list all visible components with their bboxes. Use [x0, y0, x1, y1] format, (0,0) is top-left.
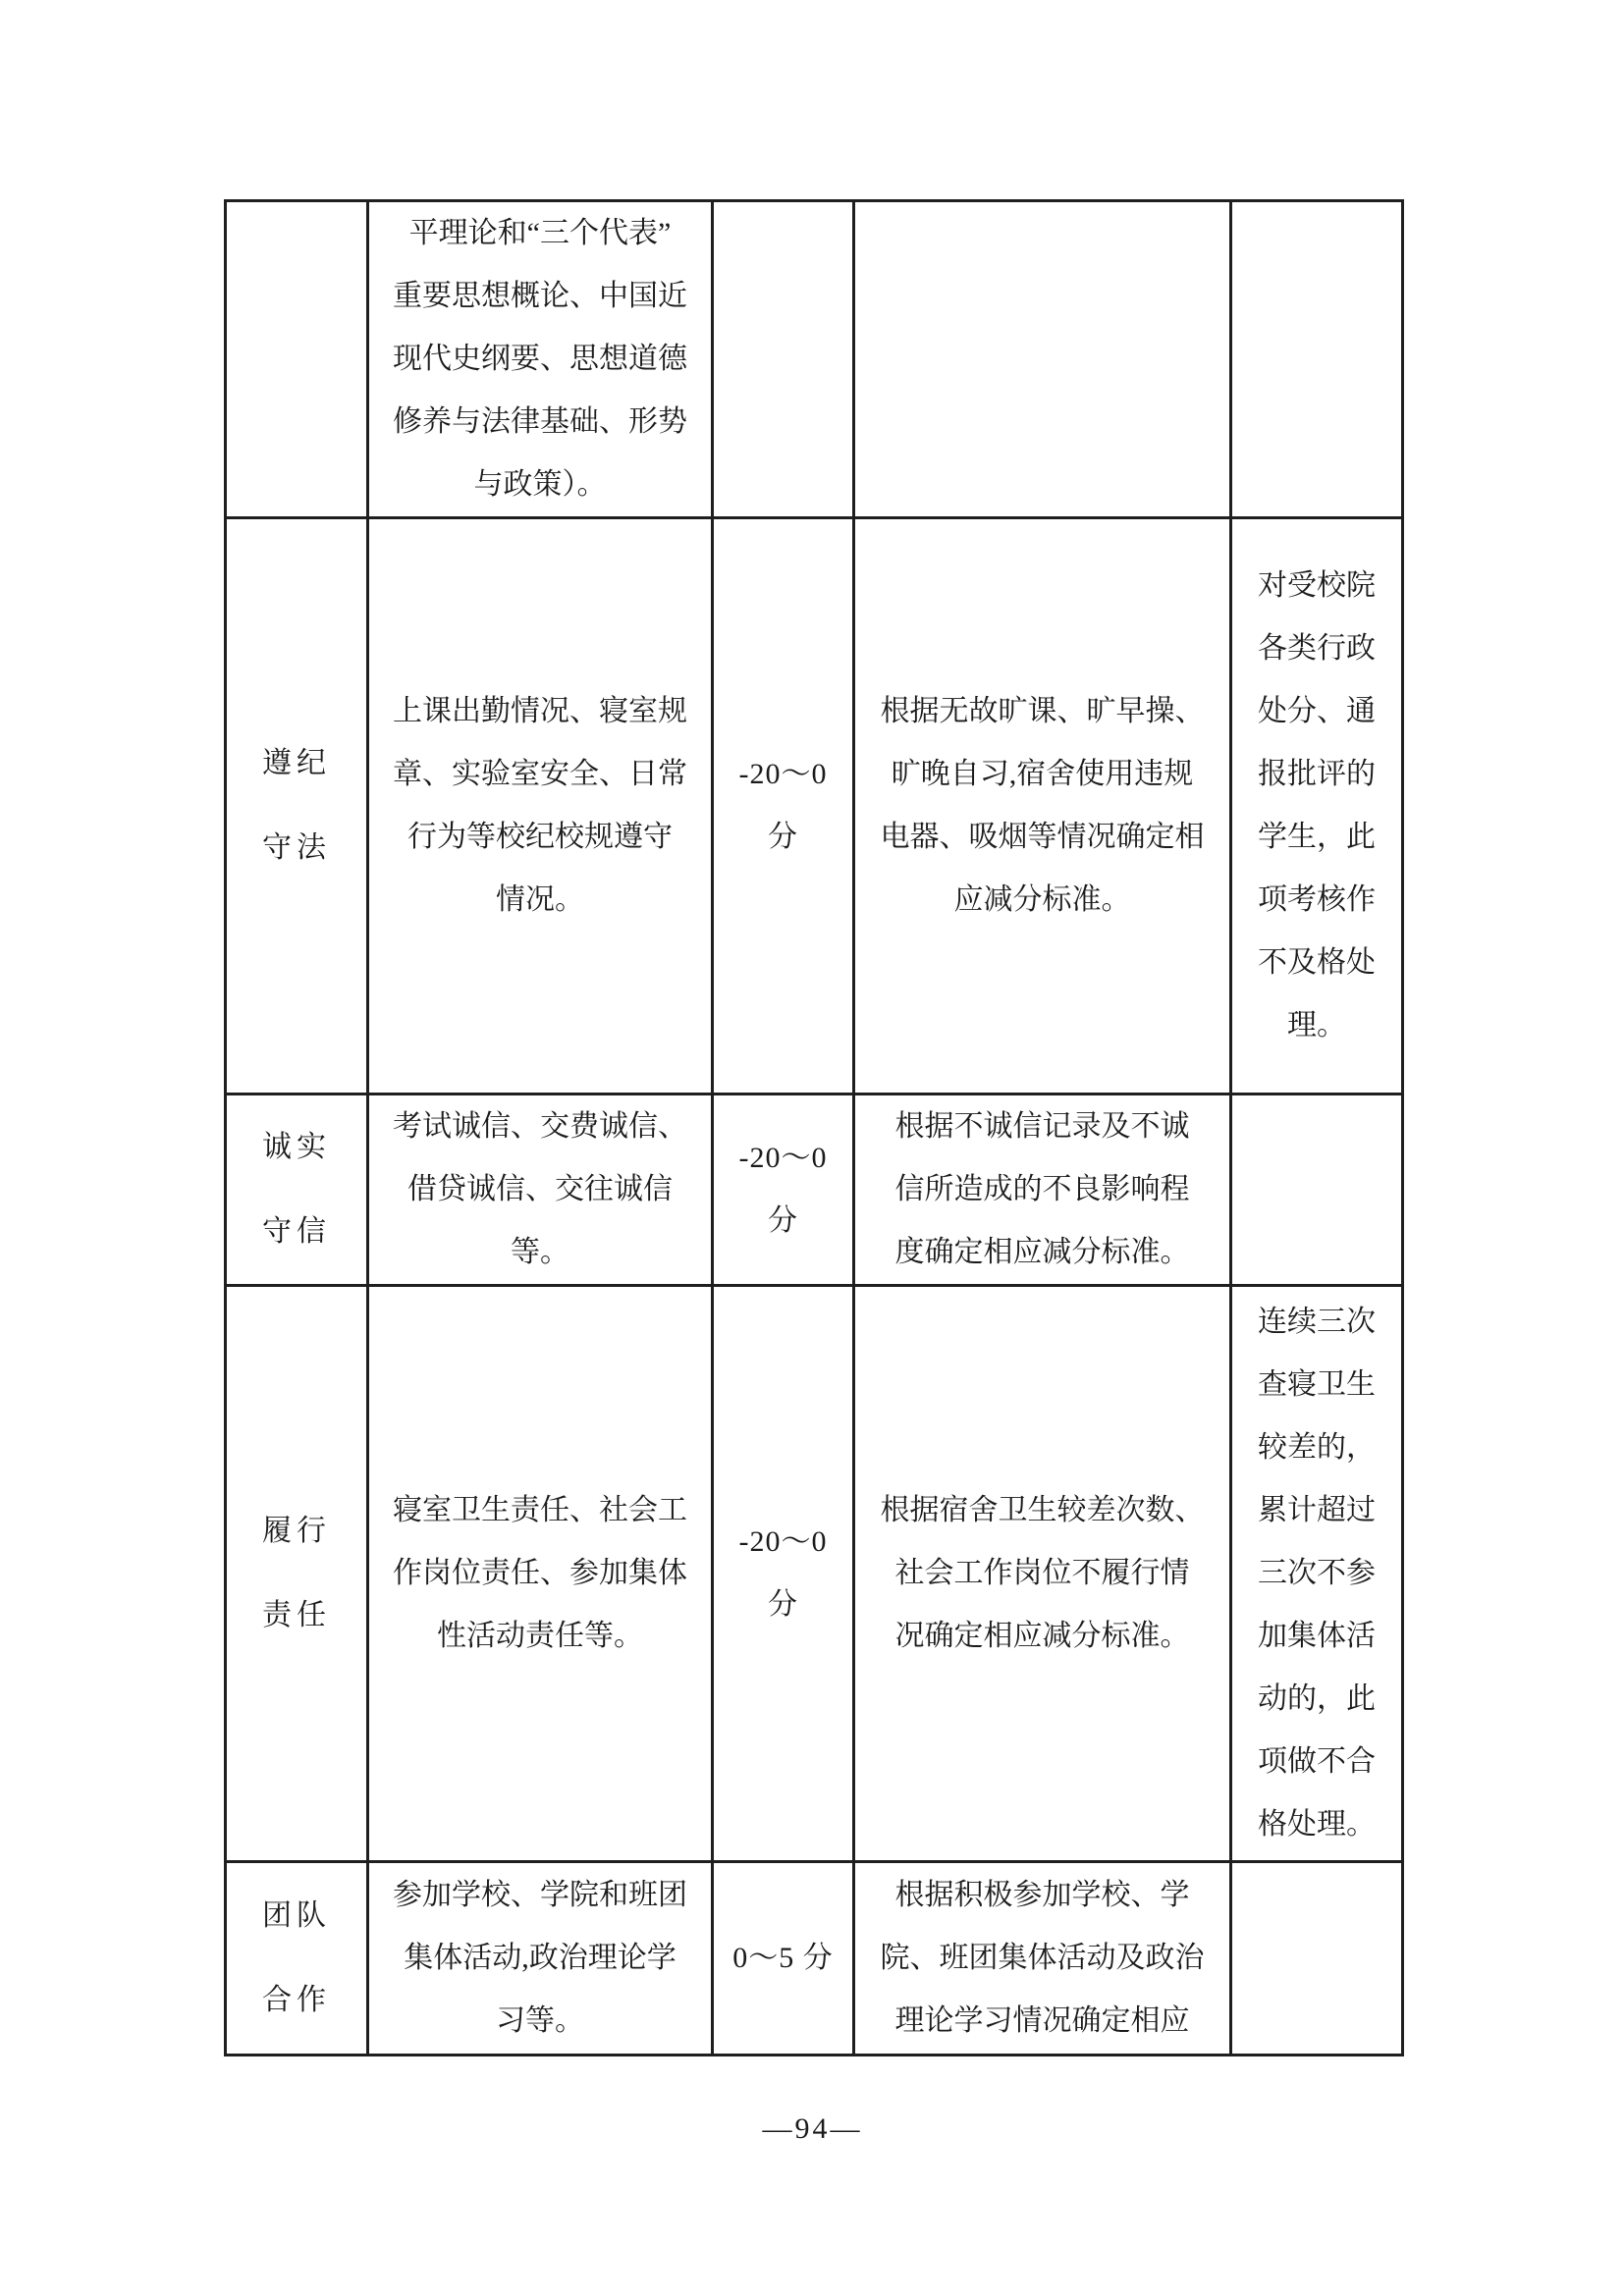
page-number: —94— [224, 2112, 1401, 2146]
evaluation-table: 平理论和“三个代表” 重要思想概论、中国近 现代史纲要、思想道德 修养与法律基础… [224, 199, 1404, 2056]
row5-score-cell: 0～5 分 [714, 1863, 855, 2056]
row4-note-cell: 连续三次 查寝卫生 较差的， 累计超过 三次不参 加集体活 动的，此 项做不合 … [1232, 1287, 1404, 1863]
row1-score-cell [714, 202, 855, 519]
row1-note-cell [1232, 202, 1404, 519]
row2-basis-cell: 根据无故旷课、旷早操、 旷晚自习,宿舍使用违规 电器、吸烟等情况确定相 应减分标… [855, 519, 1232, 1095]
row3-basis-cell: 根据不诚信记录及不诚 信所造成的不良影响程 度确定相应减分标准。 [855, 1095, 1232, 1287]
row1-basis-cell [855, 202, 1232, 519]
row4-category-cell: 履行 责任 [227, 1287, 369, 1863]
row1-category-cell [227, 202, 369, 519]
row3-category-cell: 诚实 守信 [227, 1095, 369, 1287]
row5-note-cell [1232, 1863, 1404, 2056]
row2-content-cell: 上课出勤情况、寝室规 章、实验室安全、日常 行为等校纪校规遵守 情况。 [369, 519, 714, 1095]
row3-content-cell: 考试诚信、交费诚信、 借贷诚信、交往诚信 等。 [369, 1095, 714, 1287]
row4-basis-cell: 根据宿舍卫生较差次数、 社会工作岗位不履行情 况确定相应减分标准。 [855, 1287, 1232, 1863]
row3-score-cell: -20～0 分 [714, 1095, 855, 1287]
row3-note-cell [1232, 1095, 1404, 1287]
row2-category-cell: 遵纪 守法 [227, 519, 369, 1095]
row5-basis-cell: 根据积极参加学校、学 院、班团集体活动及政治 理论学习情况确定相应 [855, 1863, 1232, 2056]
row5-category-cell: 团队 合作 [227, 1863, 369, 2056]
document-page: 平理论和“三个代表” 重要思想概论、中国近 现代史纲要、思想道德 修养与法律基础… [0, 0, 1624, 2296]
row2-score-cell: -20～0 分 [714, 519, 855, 1095]
row4-content-cell: 寝室卫生责任、社会工 作岗位责任、参加集体 性活动责任等。 [369, 1287, 714, 1863]
row1-content-cell: 平理论和“三个代表” 重要思想概论、中国近 现代史纲要、思想道德 修养与法律基础… [369, 202, 714, 519]
row4-score-cell: -20～0 分 [714, 1287, 855, 1863]
row5-content-cell: 参加学校、学院和班团 集体活动,政治理论学 习等。 [369, 1863, 714, 2056]
row2-note-cell: 对受校院 各类行政 处分、通 报批评的 学生，此 项考核作 不及格处 理。 [1232, 519, 1404, 1095]
